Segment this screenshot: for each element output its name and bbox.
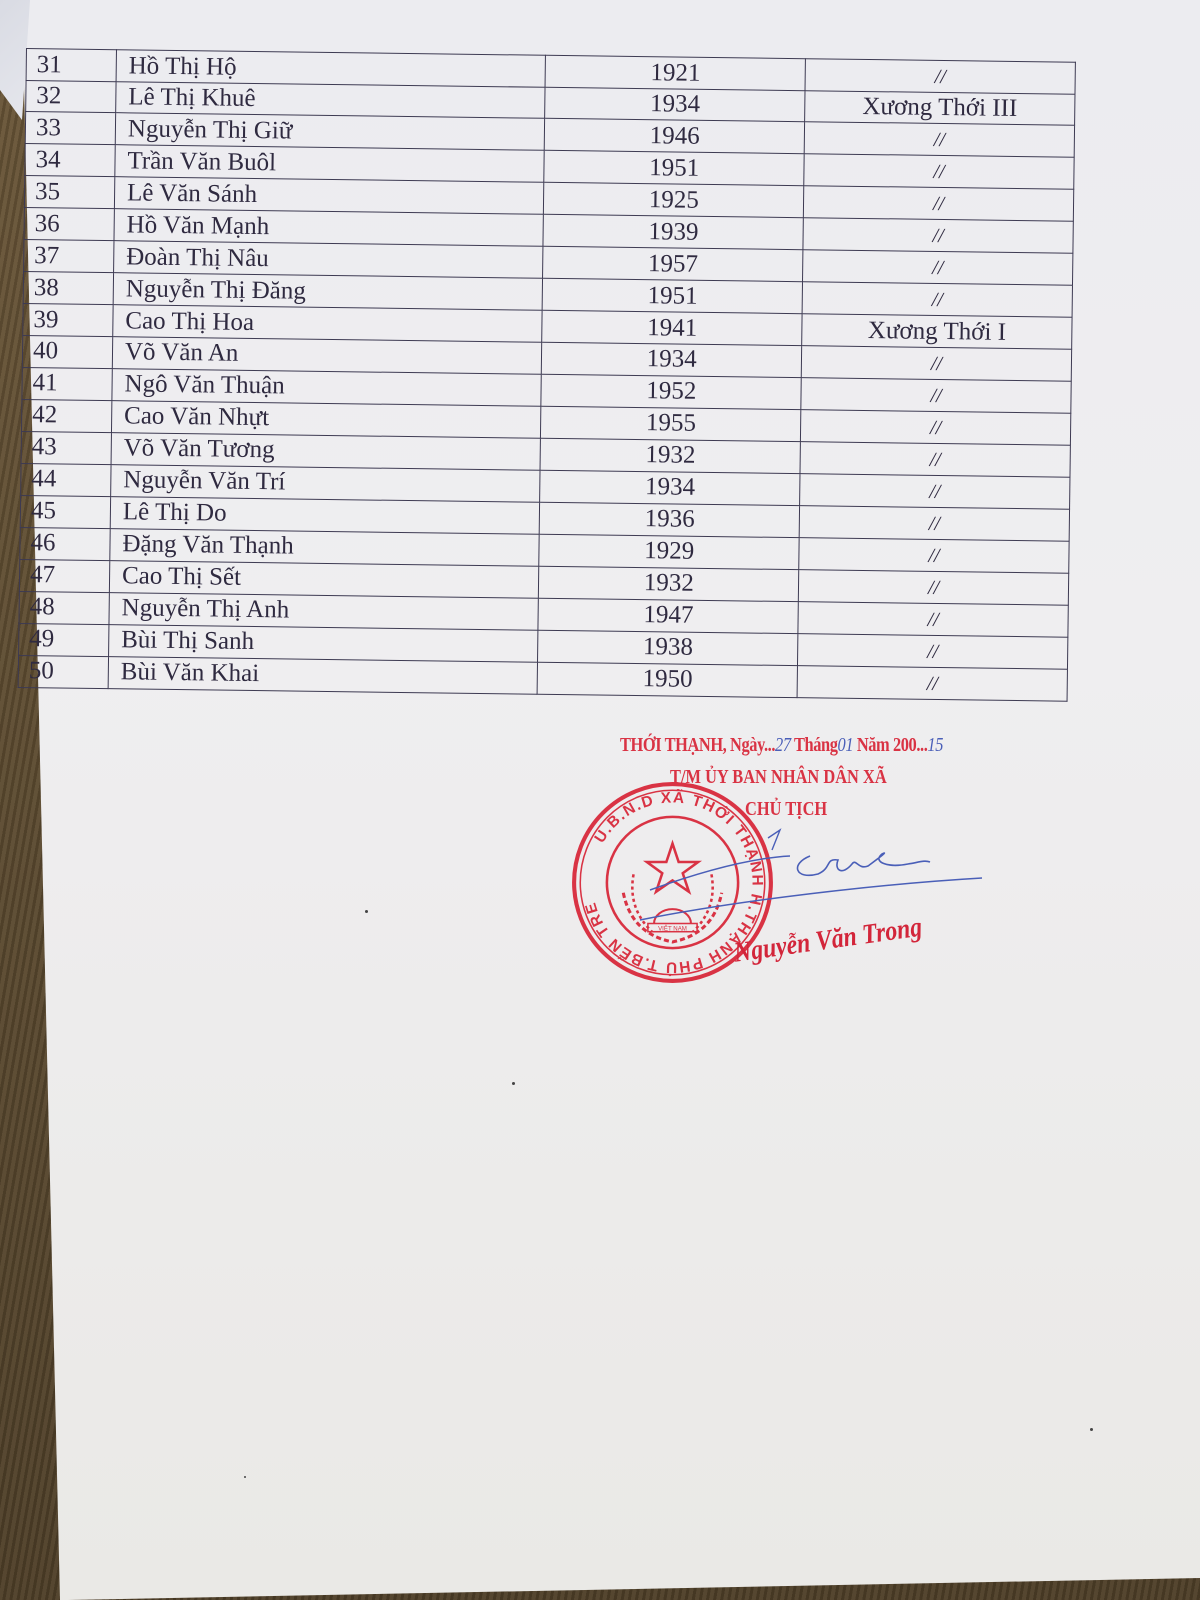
residence: // (801, 345, 1071, 381)
date-month: 01 (838, 734, 854, 756)
paper-speck (244, 1476, 246, 1478)
row-number: 44 (21, 463, 111, 496)
person-name: Cao Thị Hoa (113, 305, 543, 342)
residence: // (799, 505, 1069, 541)
row-number: 42 (21, 399, 111, 432)
date-prefix: THỚI THẠNH, Ngày (620, 734, 764, 756)
handwritten-signature (620, 820, 990, 930)
date-day: 27 (775, 734, 791, 756)
row-number: 41 (22, 367, 112, 400)
residence: // (798, 633, 1068, 669)
row-number: 47 (19, 559, 109, 592)
birth-year: 1921 (545, 55, 805, 90)
birth-year: 1929 (539, 534, 799, 569)
residence: Xương Thới I (802, 314, 1072, 349)
row-number: 31 (26, 49, 116, 82)
birth-year: 1947 (538, 598, 798, 633)
birth-year: 1934 (542, 342, 802, 377)
row-number: 50 (18, 655, 108, 688)
residence: // (800, 441, 1070, 477)
month-label: Tháng (794, 734, 838, 756)
residence: // (804, 122, 1074, 158)
row-number: 45 (20, 495, 110, 528)
paper-speck (1090, 1428, 1093, 1431)
birth-year: 1934 (545, 87, 805, 122)
row-number: 46 (20, 527, 110, 560)
roster-table: 31Hồ Thị Hộ1921//32Lê Thị Khuê1934Xương … (18, 48, 1076, 701)
year-label: Năm 200 (857, 734, 917, 756)
residence: // (803, 218, 1073, 254)
residence: // (801, 377, 1071, 413)
birth-year: 1938 (538, 630, 798, 665)
signature-block: THỚI THẠNH, Ngày...27 Tháng01 Năm 200...… (560, 720, 1000, 1020)
birth-year: 1936 (540, 502, 800, 537)
person-name: Lê Thị Khuê (116, 82, 546, 119)
residence: // (804, 154, 1074, 190)
person-name: Bùi Văn Khai (108, 656, 538, 694)
birth-year: 1951 (543, 279, 803, 314)
row-number: 36 (24, 208, 114, 241)
birth-year: 1932 (540, 438, 800, 473)
row-number: 38 (23, 272, 113, 305)
residence: // (800, 473, 1070, 509)
birth-year: 1932 (539, 566, 799, 601)
birth-year: 1951 (544, 151, 804, 186)
residence: // (797, 665, 1067, 701)
row-number: 34 (25, 144, 115, 177)
birth-year: 1925 (544, 183, 804, 218)
residence: // (805, 59, 1075, 95)
row-number: 40 (22, 335, 112, 368)
birth-year: 1955 (541, 406, 801, 441)
residence: // (798, 601, 1068, 637)
residence: // (801, 409, 1071, 445)
residence: // (799, 537, 1069, 573)
birth-year: 1934 (540, 470, 800, 505)
row-number: 33 (25, 112, 115, 145)
birth-year: 1941 (542, 311, 802, 346)
birth-year: 1952 (541, 374, 801, 409)
roster-table-body: 31Hồ Thị Hộ1921//32Lê Thị Khuê1934Xương … (18, 49, 1075, 701)
paper-speck (365, 910, 368, 913)
row-number: 32 (26, 81, 116, 114)
residence: // (798, 569, 1068, 605)
paper-speck (512, 1082, 515, 1085)
residence: // (802, 282, 1072, 318)
row-number: 37 (24, 240, 114, 273)
residence: // (803, 186, 1073, 222)
date-line: THỚI THẠNH, Ngày...27 Tháng01 Năm 200...… (620, 734, 943, 757)
birth-year: 1957 (543, 247, 803, 282)
row-number: 49 (19, 623, 109, 656)
row-number: 39 (23, 304, 113, 337)
row-number: 43 (21, 431, 111, 464)
birth-year: 1946 (545, 119, 805, 154)
birth-year: 1950 (538, 662, 798, 697)
residence: // (803, 250, 1073, 286)
row-number: 35 (24, 176, 114, 209)
row-number: 48 (19, 591, 109, 624)
birth-year: 1939 (543, 215, 803, 250)
date-year-suffix: 15 (927, 734, 943, 756)
residence: Xương Thới III (805, 91, 1075, 126)
